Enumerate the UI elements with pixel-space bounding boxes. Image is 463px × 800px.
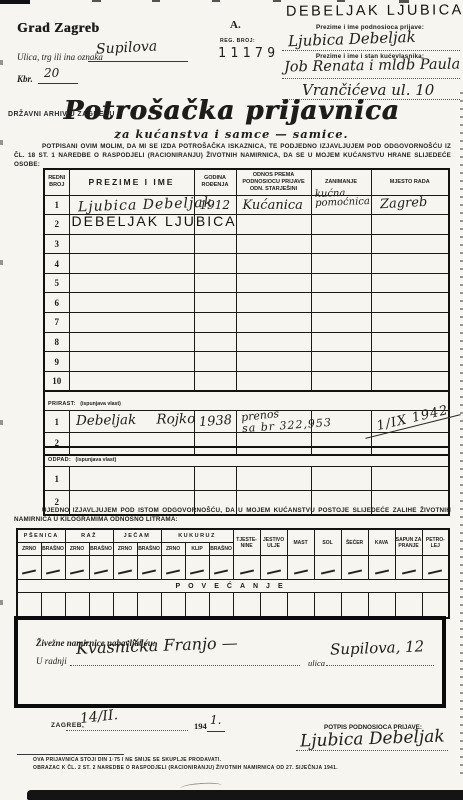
empty-cell	[371, 254, 449, 274]
odpad-row: 1	[44, 467, 449, 491]
form-line	[88, 61, 188, 62]
empty-cell	[236, 293, 311, 313]
name-cell: DEBELJAK LJUBICA	[69, 215, 194, 235]
relation-cell: prenos sa br 322,953	[236, 411, 311, 433]
handwritten-dash-mark	[214, 569, 228, 574]
col-group-jecam: JEČAM	[113, 529, 161, 543]
odpad-label: ODPAD:	[45, 457, 71, 463]
prirast-strip-cell: PRIRAST: (ispunjava vlast)	[44, 391, 449, 411]
empty-cell	[236, 467, 311, 491]
prirast-row: 1 Debeljak Rojko 1938 prenos sa br 322,9…	[44, 411, 449, 433]
supply-entry-cell	[17, 556, 41, 580]
empty-cell	[311, 254, 371, 274]
empty-cell	[311, 352, 371, 372]
empty-cell	[341, 593, 368, 618]
handwritten-year: 1938	[198, 413, 232, 430]
supply-entry-cell	[314, 556, 341, 580]
handwritten-name-capitals: DEBELJAK LJUBICA	[72, 213, 237, 229]
empty-cell	[137, 593, 161, 618]
empty-cell	[314, 593, 341, 618]
empty-cell	[236, 273, 311, 293]
empty-cell	[236, 234, 311, 254]
col-header-secer: ŠEĆER	[341, 529, 368, 556]
form-subtitle: za kućanstva i samce — samice.	[0, 127, 463, 141]
sub-header-zrno: ZRNO	[17, 543, 41, 556]
street-value-handwritten: Supilova	[96, 38, 158, 57]
supply-entry-cell	[422, 556, 449, 580]
empty-cell	[311, 332, 371, 352]
handwritten-dash-mark	[428, 569, 442, 574]
sub-header-zrno: ZRNO	[161, 543, 185, 556]
dotted-line	[296, 750, 448, 751]
prirast-label: PRIRAST:	[45, 401, 76, 407]
handwritten-dash-mark	[46, 569, 60, 574]
col-header-tjestenine: TJESTE-NINE	[233, 529, 260, 556]
year-cell: 1912	[194, 195, 236, 215]
member-row: 3	[44, 234, 449, 254]
empty-cell	[69, 467, 194, 491]
date-handwritten: 14/II.	[79, 707, 119, 727]
empty-cell	[69, 352, 194, 372]
supply-entry-cell	[395, 556, 422, 580]
member-row: 1 Ljubica Debeljak 1912 Kućanica kućna p…	[44, 195, 449, 215]
col-header-redni-broj: REDNI BROJ	[44, 169, 69, 195]
date-cell: 1/IX 1942	[371, 411, 449, 433]
handwritten-year: 1912	[200, 198, 231, 212]
empty-cell	[371, 234, 449, 254]
supply-entry-cell	[137, 556, 161, 580]
empty-cell	[233, 593, 260, 618]
odpad-strip-cell: ODPAD: (ispunjava vlast)	[44, 447, 449, 467]
supply-entry-cell	[233, 556, 260, 580]
form-line	[38, 83, 78, 84]
prirast-header-strip: PRIRAST: (ispunjava vlast)	[44, 391, 449, 411]
empty-cell	[194, 234, 236, 254]
empty-cell	[41, 593, 65, 618]
handwritten-dash-mark	[240, 569, 254, 574]
empty-cell	[65, 593, 89, 618]
empty-cell	[236, 215, 311, 235]
scan-artifact	[0, 60, 3, 65]
empty-cell	[311, 234, 371, 254]
empty-cell	[311, 215, 371, 235]
scan-artifact	[0, 420, 3, 425]
handwritten-name: Ljubica Debeljak	[77, 194, 213, 215]
sub-header-brasno: BRAŠNO	[209, 543, 233, 556]
empty-cell	[113, 593, 137, 618]
empty-cell	[236, 313, 311, 333]
empty-cell	[311, 467, 371, 491]
row-number: 1	[44, 411, 69, 433]
sub-header-brasno: BRAŠNO	[137, 543, 161, 556]
empty-cell	[371, 293, 449, 313]
povecanje-row: POVEĆANJE	[17, 580, 449, 593]
col-header-mast: MAST	[287, 529, 314, 556]
supply-entry-cell	[260, 556, 287, 580]
empty-cell	[371, 273, 449, 293]
supply-entry-cell	[41, 556, 65, 580]
handwritten-dash-mark	[190, 569, 204, 574]
regulation-note: OBRAZAC K ČL. 2 ST. 2 NAREDBE O RASPODJE…	[33, 765, 338, 771]
household-members-table: REDNI BROJ PREZIME I IME GODINA ROĐENJA …	[43, 168, 450, 392]
supply-entry-cell	[89, 556, 113, 580]
col-header-odnos: ODNOS PREMA PODNOSIOCU PRIJAVE ODN. STAR…	[236, 169, 311, 195]
col-header-kava: KAVA	[368, 529, 395, 556]
empty-cell	[311, 313, 371, 333]
scan-artifact	[152, 0, 160, 2]
empty-cell	[311, 371, 371, 391]
signature-handwritten: Ljubica Debeljak	[300, 726, 445, 751]
col-header-godina: GODINA ROĐENJA	[194, 169, 236, 195]
row-number: 1	[44, 195, 69, 215]
member-row: 8	[44, 332, 449, 352]
row-number: 9	[44, 352, 69, 372]
relation-cell: Kućanica	[236, 195, 311, 215]
handwritten-dash-mark	[94, 569, 108, 574]
supply-entry-cell	[161, 556, 185, 580]
col-header-petrolej: PETRO-LEJ	[422, 529, 449, 556]
workplace-cell: Zagreb	[371, 195, 449, 215]
section-letter: A.	[230, 19, 241, 31]
empty-cell	[236, 371, 311, 391]
col-header-mjesto-rada: MJESTO RADA	[371, 169, 449, 195]
empty-cell	[194, 352, 236, 372]
empty-cell	[371, 352, 449, 372]
supply-entry-cell	[65, 556, 89, 580]
scan-artifact	[0, 260, 3, 265]
empty-cell	[311, 273, 371, 293]
empty-cell	[69, 293, 194, 313]
place-label: ZAGREB,	[51, 722, 84, 729]
odpad-note: (ispunjava vlast)	[76, 457, 117, 463]
empty-cell	[371, 332, 449, 352]
empty-cell	[161, 593, 185, 618]
supply-entry-cell	[113, 556, 137, 580]
member-row: 10	[44, 371, 449, 391]
row-number: 1	[44, 467, 69, 491]
registration-number-label: REG. BROJ:	[220, 38, 255, 44]
dotted-line	[326, 665, 434, 666]
member-row: 9	[44, 352, 449, 372]
empty-cell	[260, 593, 287, 618]
form-title: Potrošačka prijavnica	[0, 96, 463, 126]
scan-artifact	[0, 0, 30, 4]
col-group-kukuruz: KUKURUZ	[161, 529, 233, 543]
empty-cell	[194, 273, 236, 293]
applicant-header-block: DEBELJAK LJUBICA Prezime i ime podnosioc…	[280, 0, 463, 105]
supply-entry-cell	[341, 556, 368, 580]
handwritten-relation: Kućanica	[243, 198, 303, 213]
scan-artifact	[0, 600, 3, 605]
sub-header-zrno: ZRNO	[113, 543, 137, 556]
row-number: 10	[44, 371, 69, 391]
empty-cell	[371, 313, 449, 333]
empty-cell	[69, 313, 194, 333]
sub-header-klip: KLIP	[185, 543, 209, 556]
applicant-name-block-letters: DEBELJAK LJUBICA	[286, 2, 463, 20]
dotted-line	[282, 50, 460, 51]
empty-cell	[194, 467, 236, 491]
scanned-form: Grad Zagreb Ulica, trg ili ina oznaka Su…	[0, 0, 463, 800]
empty-cell	[69, 273, 194, 293]
odpad-header-strip: ODPAD: (ispunjava vlast)	[44, 447, 449, 467]
handwritten-dash-mark	[375, 569, 389, 574]
scan-artifact	[27, 790, 463, 800]
handwritten-dash-mark	[267, 569, 281, 574]
dotted-line	[70, 665, 300, 666]
scan-artifact	[212, 0, 220, 2]
supplies-group-header-row: PŠENICA RAŽ JEČAM KUKURUZ TJESTE-NINE JE…	[17, 529, 449, 543]
house-number-handwritten: 20	[44, 66, 59, 80]
applicant-name-handwritten: Ljubica Debeljak	[288, 28, 416, 50]
shop-street-label: ulica	[308, 658, 325, 668]
supplies-values-row	[17, 556, 449, 580]
empty-cell	[185, 593, 209, 618]
member-row: 5	[44, 273, 449, 293]
dotted-line	[66, 730, 188, 731]
empty-cell	[69, 234, 194, 254]
empty-cell	[311, 293, 371, 313]
row-number: 5	[44, 273, 69, 293]
empty-cell	[194, 254, 236, 274]
shop-street-handwritten: Supilova, 12	[330, 637, 425, 658]
sub-header-brasno: BRAŠNO	[41, 543, 65, 556]
povecanje-label: POVEĆANJE	[17, 580, 449, 593]
empty-cell	[194, 313, 236, 333]
price-note: OVA PRIJAVNICA STOJI DIN 1·75 I NE SMIJE…	[33, 757, 221, 763]
name-cell: Ljubica Debeljak	[69, 195, 194, 215]
handwritten-occupation: kućna pomoćnica	[314, 188, 371, 208]
row-number: 2	[44, 215, 69, 235]
prirast-note: (ispunjava vlast)	[80, 401, 121, 407]
empty-cell	[194, 332, 236, 352]
row-number: 7	[44, 313, 69, 333]
empty-cell	[422, 593, 449, 618]
handwritten-name: Debeljak Rojko	[75, 411, 195, 429]
shop-name-label: U radnji	[36, 656, 67, 666]
empty-cell	[17, 593, 41, 618]
year-printed: 194	[194, 721, 207, 731]
shop-name-handwritten: Kvasnička Franjo —	[76, 633, 238, 658]
supply-entry-cell	[287, 556, 314, 580]
sub-header-zrno: ZRNO	[65, 543, 89, 556]
handwritten-dash-mark	[166, 569, 180, 574]
empty-cell	[194, 371, 236, 391]
landlord-name-handwritten: Job Renata i mldb Paula	[284, 56, 460, 75]
scan-artifact	[92, 0, 101, 2]
handwritten-dash-mark	[402, 569, 416, 574]
shop-declaration-box: Živežne namirnice nabavljat ću: U radnji…	[14, 616, 446, 708]
empty-cell	[236, 254, 311, 274]
empty-cell	[371, 467, 449, 491]
divider-rule	[17, 754, 124, 755]
empty-cell	[395, 593, 422, 618]
house-number-label: Kbr.	[17, 74, 33, 84]
member-row: 6	[44, 293, 449, 313]
row-number: 3	[44, 234, 69, 254]
registration-number-value: 11179	[218, 46, 280, 61]
empty-cell	[371, 371, 449, 391]
col-header-sapun: SAPUN ZA PRANJE	[395, 529, 422, 556]
empty-cell	[368, 593, 395, 618]
row-number: 8	[44, 332, 69, 352]
handwritten-dash-mark	[142, 569, 156, 574]
row-number: 6	[44, 293, 69, 313]
handwritten-dash-mark	[348, 569, 362, 574]
empty-cell	[69, 332, 194, 352]
col-header-jestivo-ulje: JESTIVO ULJE	[260, 529, 287, 556]
empty-cell	[287, 593, 314, 618]
member-row: 2 DEBELJAK LJUBICA	[44, 215, 449, 235]
supplies-statement: UJEDNO IZJAVLJUJEM POD ISTOM ODGOVORNOŠĆ…	[14, 506, 451, 524]
year-handwritten: 1.	[210, 713, 221, 727]
handwritten-dash-mark	[321, 569, 335, 574]
occupation-cell: kućna pomoćnica	[311, 195, 371, 215]
supplies-empty-row	[17, 593, 449, 618]
member-row: 7	[44, 313, 449, 333]
member-row: 4	[44, 254, 449, 274]
supply-entry-cell	[368, 556, 395, 580]
name-cell: Debeljak Rojko	[69, 411, 194, 433]
city-title: Grad Zagreb	[17, 20, 99, 36]
handwritten-dash-mark	[118, 569, 132, 574]
empty-cell	[69, 254, 194, 274]
dotted-line	[282, 78, 460, 79]
empty-cell	[69, 371, 194, 391]
year-cell: 1938	[194, 411, 236, 433]
handwritten-dash-mark	[70, 569, 84, 574]
handwritten-workplace: Zagreb	[379, 194, 427, 211]
col-group-psenica: PŠENICA	[17, 529, 65, 543]
empty-cell	[89, 593, 113, 618]
empty-cell	[236, 332, 311, 352]
food-supplies-table: PŠENICA RAŽ JEČAM KUKURUZ TJESTE-NINE JE…	[16, 528, 450, 619]
handwritten-dash-mark	[22, 569, 36, 574]
handwritten-dash-mark	[294, 569, 308, 574]
sub-header-brasno: BRAŠNO	[89, 543, 113, 556]
col-group-raz: RAŽ	[65, 529, 113, 543]
form-line	[207, 731, 225, 732]
col-header-sol: SOL	[314, 529, 341, 556]
declaration-paragraph: POTPISANI OVIM MOLIM, DA MI SE IZDA POTR…	[14, 142, 451, 169]
col-header-prezime-ime: PREZIME I IME	[69, 169, 194, 195]
row-number: 4	[44, 254, 69, 274]
empty-cell	[371, 215, 449, 235]
empty-cell	[209, 593, 233, 618]
supply-entry-cell	[209, 556, 233, 580]
empty-cell	[236, 352, 311, 372]
empty-cell	[194, 293, 236, 313]
supply-entry-cell	[185, 556, 209, 580]
